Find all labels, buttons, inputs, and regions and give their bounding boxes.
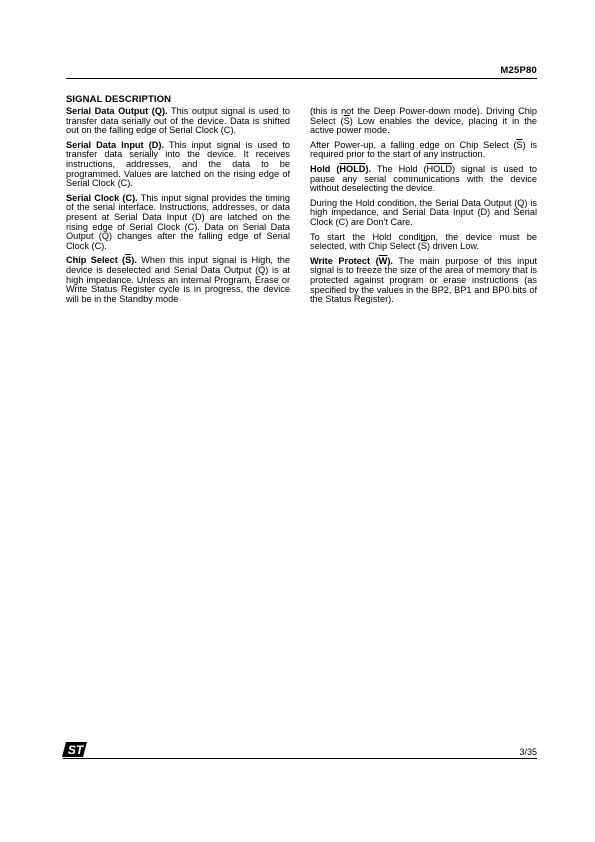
overlined-signal-name: HOLD <box>339 164 365 174</box>
page-number: 3/35 <box>519 747 537 757</box>
right-column: (this is not the Deep Power-down mode). … <box>310 107 537 310</box>
datasheet-page: M25P80 SIGNAL DESCRIPTION Serial Data Ou… <box>0 0 595 842</box>
paragraph: Serial Data Input (D). This input signal… <box>66 141 290 189</box>
paragraph: Hold (HOLD). The Hold (HOLD) signal is u… <box>310 165 537 194</box>
text-segment: Write Protect ( <box>310 256 379 266</box>
text-segment: After Power-up, a falling edge on Chip S… <box>310 140 516 150</box>
paragraph: (this is not the Deep Power-down mode). … <box>310 107 537 136</box>
paragraph: To start the Hold condition, the device … <box>310 233 537 252</box>
paragraph: Chip Select (S). When this input signal … <box>66 256 290 304</box>
footer-divider <box>63 758 537 759</box>
paragraph: After Power-up, a falling edge on Chip S… <box>310 141 537 160</box>
text-segment: Chip Select ( <box>66 255 125 265</box>
document-title: M25P80 <box>500 65 537 76</box>
text-segment: The Hold ( <box>371 164 426 174</box>
st-logo: ST <box>62 742 87 758</box>
st-logo-text: ST <box>68 743 85 757</box>
paragraph: Write Protect (W). The main purpose of t… <box>310 257 537 305</box>
text-segment: ) driven Low. <box>427 241 479 251</box>
paragraph: Serial Clock (C). This input signal prov… <box>66 194 290 252</box>
left-column: Serial Data Output (Q). This output sign… <box>66 107 290 310</box>
text-segment: Serial Data Input (D). <box>66 140 164 150</box>
text-segment: Serial Data Output (Q). <box>66 106 168 116</box>
header-divider <box>66 78 537 79</box>
overlined-signal-name: HOLD <box>426 164 452 174</box>
two-column-body: Serial Data Output (Q). This output sign… <box>66 107 537 310</box>
section-heading: SIGNAL DESCRIPTION <box>66 95 171 105</box>
paragraph: During the Hold condition, the Serial Da… <box>310 199 537 228</box>
text-segment: Hold ( <box>310 164 339 174</box>
text-segment: During the Hold condition, the Serial Da… <box>310 198 537 227</box>
text-segment: This input signal provides the timing of… <box>66 193 290 251</box>
text-segment: Serial Clock (C). <box>66 193 138 203</box>
paragraph: Serial Data Output (Q). This output sign… <box>66 107 290 136</box>
